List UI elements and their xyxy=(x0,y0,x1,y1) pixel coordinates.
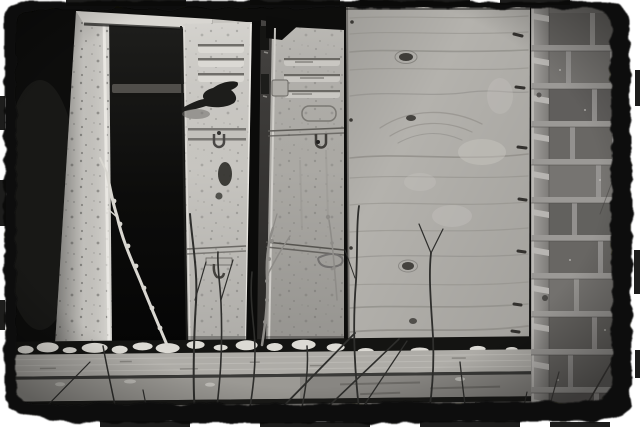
photo-illustration xyxy=(0,0,640,427)
photo-content xyxy=(0,2,637,425)
vignette xyxy=(8,2,620,412)
photo-stage xyxy=(0,0,640,427)
